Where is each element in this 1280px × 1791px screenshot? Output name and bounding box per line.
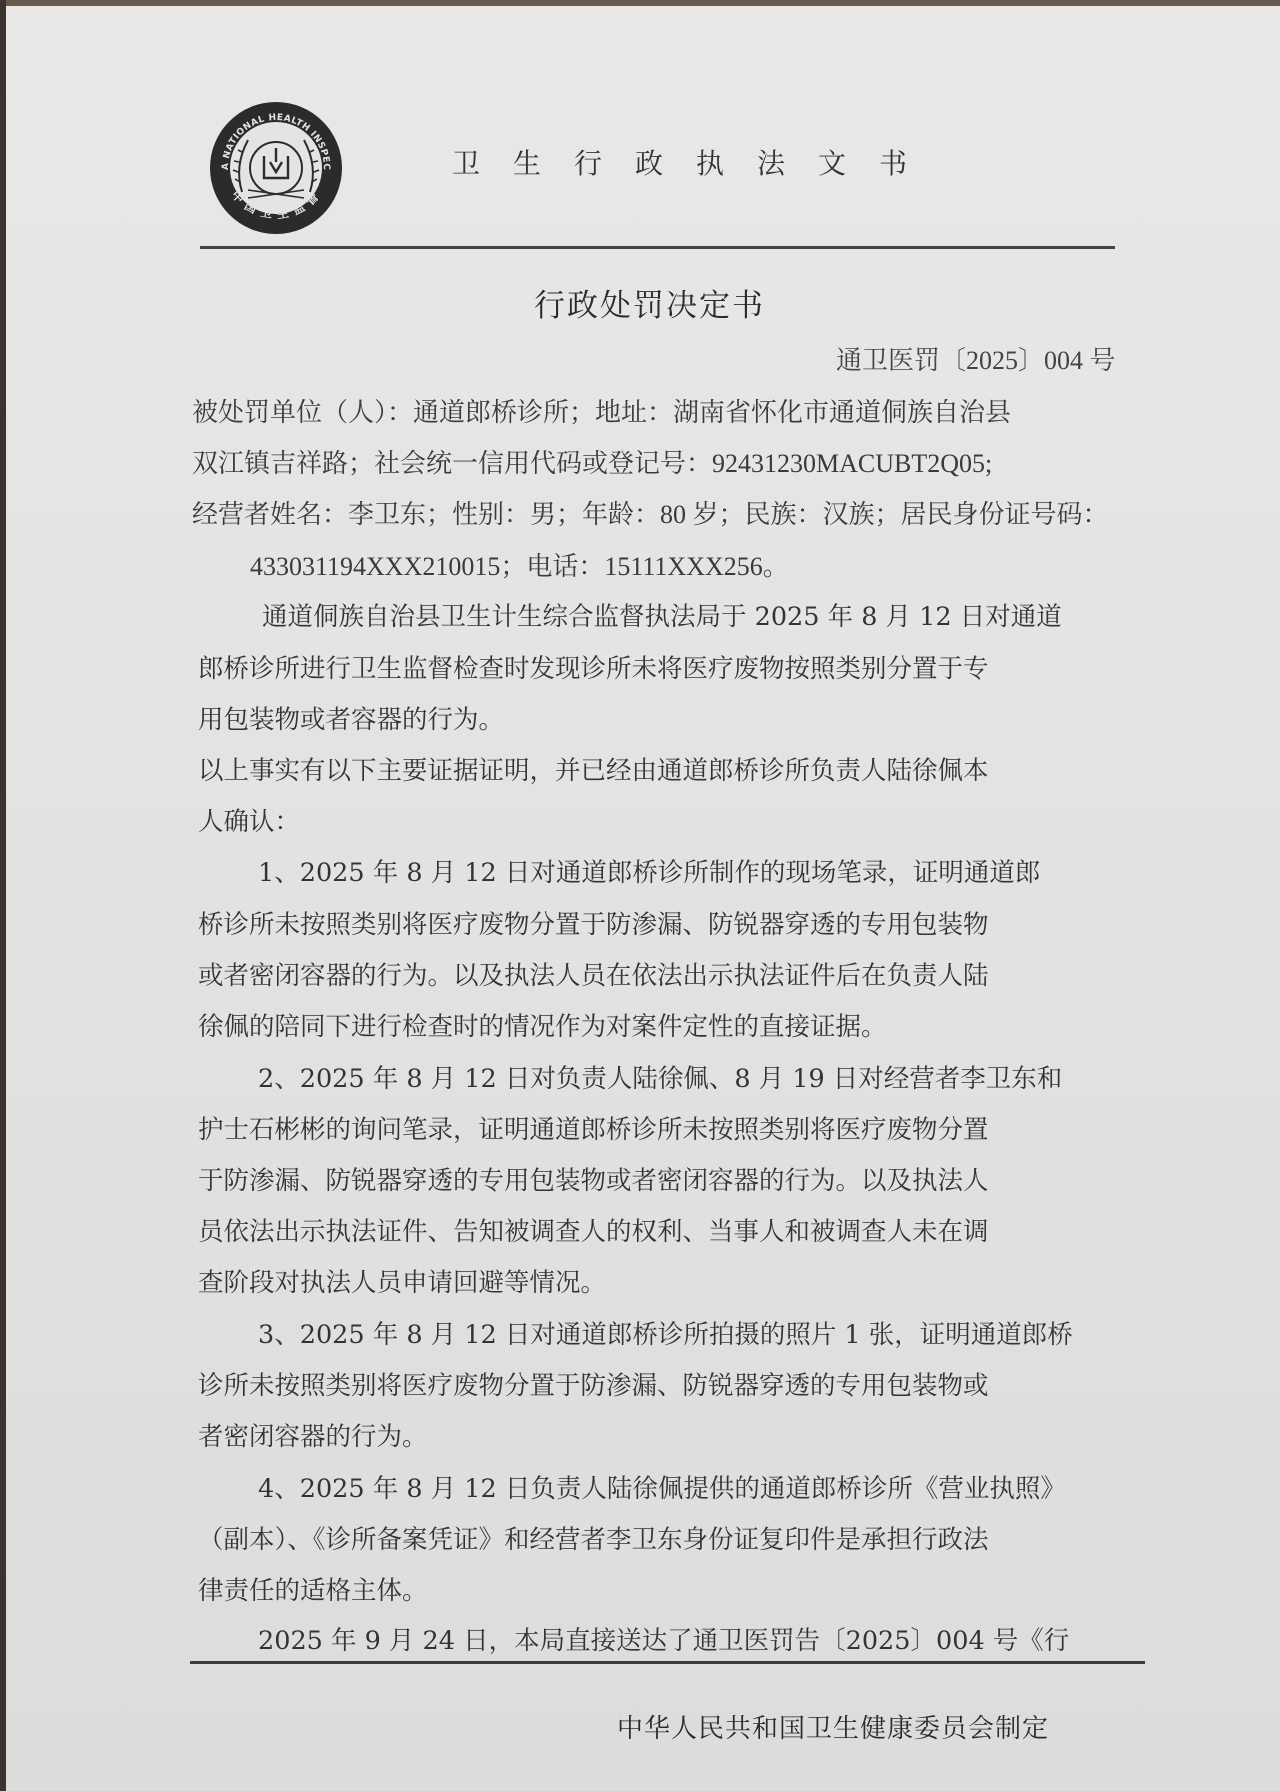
- evidence-item-3: 诊所未按照类别将医疗废物分置于防渗漏、防锐器穿透的专用包装物或: [198, 1366, 989, 1402]
- evidence-item-2: 2、2025 年 8 月 12 日对负责人陆徐佩、8 月 19 日对经营者李卫东…: [258, 1059, 1062, 1095]
- evidence-item-1: 徐佩的陪同下进行检查时的情况作为对案件定性的直接证据。: [198, 1007, 887, 1043]
- facts-line: 用包装物或者容器的行为。: [198, 700, 504, 736]
- evidence-item-1: 1、2025 年 8 月 12 日对通道郎桥诊所制作的现场笔录，证明通道郎: [258, 853, 1040, 889]
- facts-line: 郎桥诊所进行卫生监督检查时发现诊所未将医疗废物按照类别分置于专: [198, 649, 989, 685]
- party-info-line: 433031194XXX210015；电话：15111XXX256。: [250, 546, 789, 583]
- evidence-item-1: 或者密闭容器的行为。以及执法人员在依法出示执法证件后在负责人陆: [198, 956, 989, 992]
- evidence-item-2: 护士石彬彬的询问笔录，证明通道郎桥诊所未按照类别将医疗废物分置: [198, 1110, 989, 1146]
- document-number: 通卫医罚〔2025〕004 号: [836, 340, 1116, 377]
- evidence-item-2: 于防渗漏、防锐器穿透的专用包装物或者密闭容器的行为。以及执法人: [198, 1161, 989, 1197]
- facts-line: 通道侗族自治县卫生计生综合监督执法局于 2025 年 8 月 12 日对通道: [262, 597, 1062, 633]
- document-title: 行政处罚决定书: [534, 280, 765, 325]
- evidence-item-4: （副本）、《诊所备案凭证》和经营者李卫东身份证复印件是承担行政法: [198, 1520, 989, 1556]
- document-series-title: 卫生行政执法文书: [452, 142, 940, 182]
- evidence-item-3: 者密闭容器的行为。: [198, 1417, 428, 1453]
- issuer-footer: 中华人民共和国卫生健康委员会制定: [617, 1708, 1049, 1745]
- health-inspection-emblem-icon: CHINA NATIONAL HEALTH INSPECTION 中国卫生监督: [208, 100, 344, 236]
- evidence-intro-line: 人确认：: [198, 802, 300, 838]
- evidence-item-3: 3、2025 年 8 月 12 日对通道郎桥诊所拍摄的照片 1 张，证明通道郎桥: [258, 1315, 1073, 1351]
- evidence-item-2: 员依法出示执法证件、告知被调查人的权利、当事人和被调查人未在调: [198, 1212, 989, 1248]
- party-info-line: 被处罚单位（人）：通道郎桥诊所；地址：湖南省怀化市通道侗族自治县: [192, 392, 1011, 429]
- evidence-intro-line: 以上事实有以下主要证据证明，并已经由通道郎桥诊所负责人陆徐佩本: [198, 751, 989, 787]
- party-info-line: 经营者姓名：李卫东；性别：男；年龄：80 岁；民族：汉族；居民身份证号码：: [192, 494, 1109, 531]
- evidence-item-1: 桥诊所未按照类别将医疗废物分置于防渗漏、防锐器穿透的专用包装物: [198, 905, 989, 941]
- header-divider: [200, 246, 1115, 249]
- evidence-item-2: 查阶段对执法人员申请回避等情况。: [198, 1263, 606, 1299]
- footer-divider: [190, 1661, 1145, 1664]
- evidence-item-4: 4、2025 年 8 月 12 日负责人陆徐佩提供的通道郎桥诊所《营业执照》: [258, 1469, 1066, 1505]
- notice-line: 2025 年 9 月 24 日，本局直接送达了通卫医罚告〔2025〕004 号《…: [258, 1621, 1069, 1657]
- party-info-line: 双江镇吉祥路；社会统一信用代码或登记号：92431230MACUBT2Q05;: [192, 443, 992, 480]
- evidence-item-4: 律责任的适格主体。: [198, 1571, 428, 1607]
